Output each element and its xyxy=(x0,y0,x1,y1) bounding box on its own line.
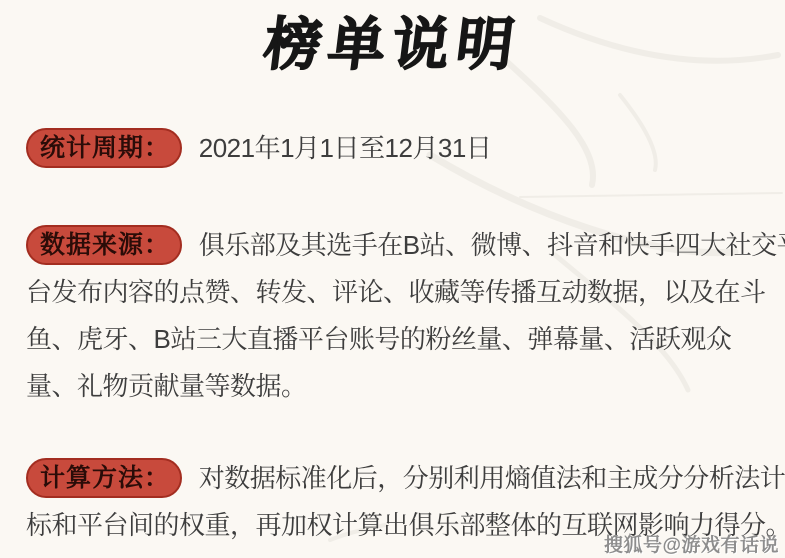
data-source-line-3: 鱼、虎牙、B站三大直播平台账号的粉丝量、弹幕量、活跃观众 xyxy=(26,316,759,363)
data-source-badge: 数据来源： xyxy=(26,225,182,265)
calculation-method-text-1: 对数据标准化后，分别利用熵值法和主成分分析法计算指 xyxy=(199,463,785,493)
statistics-period-badge: 统计周期： xyxy=(26,128,182,168)
section-data-source: 数据来源： 俱乐部及其选手在B站、微博、抖音和快手四大社交平 台发布内容的点赞、… xyxy=(26,222,759,410)
statistics-period-text: 2021年1月1日至12月31日 xyxy=(199,133,492,163)
calculation-method-line-1: 计算方法： 对数据标准化后，分别利用熵值法和主成分分析法计算指 xyxy=(26,455,759,502)
watermark: 搜狐号@游戏有话说 xyxy=(604,530,779,557)
data-source-text-1: 俱乐部及其选手在B站、微博、抖音和快手四大社交平 xyxy=(199,230,785,260)
page-title: 榜单说明 xyxy=(0,8,785,82)
data-source-line-1: 数据来源： 俱乐部及其选手在B站、微博、抖音和快手四大社交平 xyxy=(26,222,759,269)
data-source-line-2: 台发布内容的点赞、转发、评论、收藏等传播互动数据，以及在斗 xyxy=(26,269,759,316)
ranking-notes-poster: 榜单说明 统计周期： 2021年1月1日至12月31日 数据来源： 俱乐部及其选… xyxy=(0,0,785,558)
calculation-method-badge: 计算方法： xyxy=(26,458,182,498)
data-source-line-4: 量、礼物贡献量等数据。 xyxy=(26,363,759,410)
statistics-period-line: 统计周期： 2021年1月1日至12月31日 xyxy=(26,125,759,172)
section-statistics-period: 统计周期： 2021年1月1日至12月31日 xyxy=(26,125,759,172)
